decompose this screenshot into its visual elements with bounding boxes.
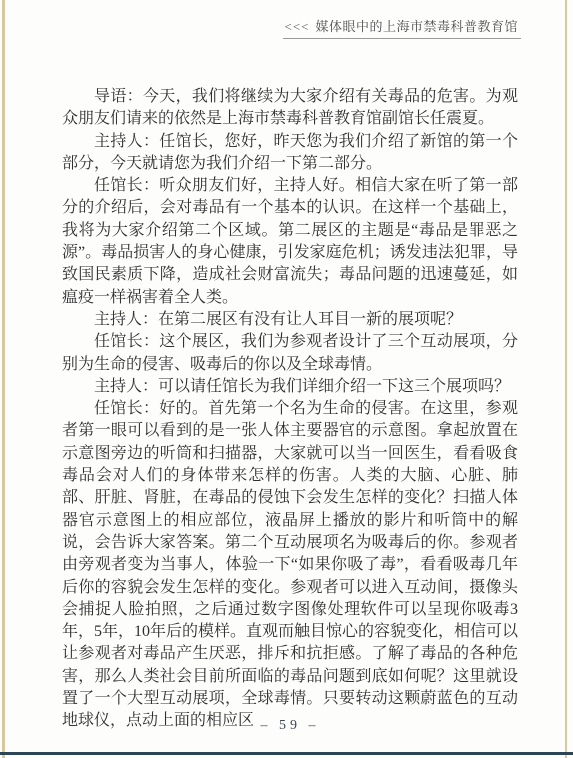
paragraph: 任馆长：听众朋友们好，主持人好。相信大家在听了第一部分的介绍后，会对毒品有一个基… [62,175,518,309]
header-title: 媒体眼中的上海市禁毒科普教育馆 [315,19,518,34]
bottom-rule [0,752,573,755]
header-rule [283,38,521,39]
scanned-document-page: <<<媒体眼中的上海市禁毒科普教育馆 导语：今天，我们将继续为大家介绍有关毒品的… [0,0,573,758]
paragraph: 任馆长：好的。首先第一个名为生命的侵害。在这里，参观者第一眼可以看到的是一张人体… [62,398,518,732]
body-text: 导语：今天，我们将继续为大家介绍有关毒品的危害。为观众朋友们请来的依然是上海市禁… [62,86,518,733]
paragraph: 主持人：任馆长，您好，昨天您为我们介绍了新馆的第一个部分，今天就请您为我们介绍一… [62,131,518,176]
page-number: – 59 – [62,718,518,734]
header-angle-marker: <<< [284,19,309,34]
paragraph: 导语：今天，我们将继续为大家介绍有关毒品的危害。为观众朋友们请来的依然是上海市禁… [62,86,518,131]
page-edge-left [2,0,5,758]
paragraph: 任馆长：这个展区，我们为参观者设计了三个互动展项，分别为生命的侵害、吸毒后的你以… [62,331,518,376]
paragraph: 主持人：在第二展区有没有让人耳目一新的展项呢？ [62,309,518,331]
page-edge-right [565,0,567,758]
running-header: <<<媒体眼中的上海市禁毒科普教育馆 [218,16,518,35]
paragraph: 主持人：可以请任馆长为我们详细介绍一下这三个展项吗？ [62,376,518,398]
